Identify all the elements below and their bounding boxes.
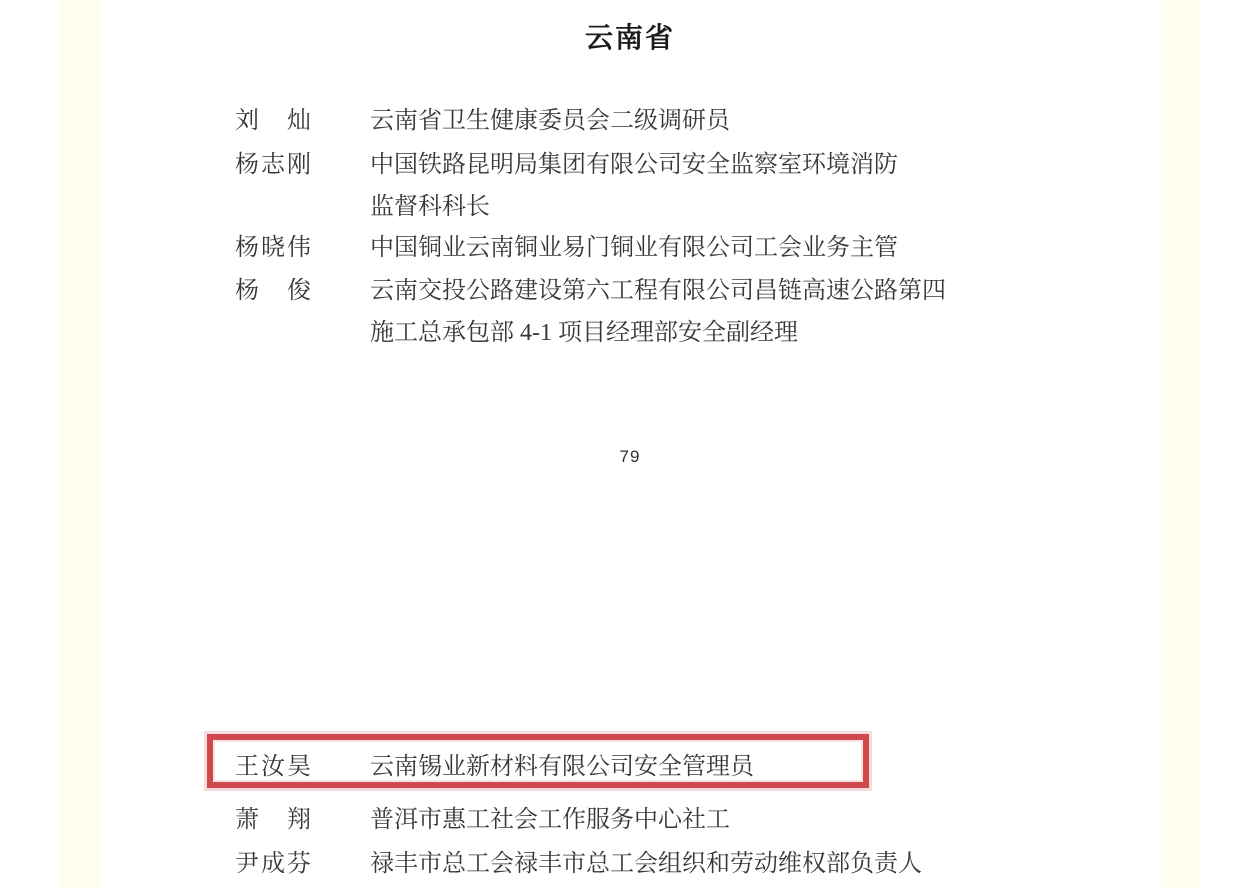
position-line: 中国铁路昆明局集团有限公司安全监察室环境消防 [370, 144, 955, 186]
position-line: 普洱市惠工社会工作服务中心社工 [370, 799, 955, 841]
province-title: 云南省 [100, 16, 1160, 56]
position-line: 施工总承包部 4-1 项目经理部安全副经理 [370, 312, 955, 354]
person-position: 云南交投公路建设第六工程有限公司昌链高速公路第四 施工总承包部 4-1 项目经理… [370, 270, 955, 354]
person-position: 禄丰市总工会禄丰市总工会组织和劳动维权部负责人 [370, 843, 955, 885]
person-position: 云南锡业新材料有限公司安全管理员 [370, 746, 955, 788]
person-position: 普洱市惠工社会工作服务中心社工 [370, 799, 955, 841]
position-line: 监督科科长 [370, 186, 955, 228]
page-number: 79 [100, 447, 1160, 467]
position-line: 禄丰市总工会禄丰市总工会组织和劳动维权部负责人 [370, 843, 955, 885]
person-name: 杨志刚 [235, 144, 370, 186]
person-name: 王汝昊 [235, 746, 370, 788]
roster-entry: 杨 俊 云南交投公路建设第六工程有限公司昌链高速公路第四 施工总承包部 4-1 … [235, 270, 955, 354]
roster-entry-highlighted: 王汝昊 云南锡业新材料有限公司安全管理员 [235, 746, 955, 788]
person-name: 杨晓伟 [235, 227, 370, 269]
position-line: 中国铜业云南铜业易门铜业有限公司工会业务主管 [370, 227, 955, 269]
roster-entry: 刘 灿 云南省卫生健康委员会二级调研员 [235, 100, 955, 142]
person-position: 中国铁路昆明局集团有限公司安全监察室环境消防 监督科科长 [370, 144, 955, 228]
person-name: 尹成芬 [235, 843, 370, 885]
document-viewer: 云南省 刘 灿 云南省卫生健康委员会二级调研员 杨志刚 中国铁路昆明局集团有限公… [0, 0, 1260, 888]
person-name: 萧 翔 [235, 799, 370, 841]
person-position: 云南省卫生健康委员会二级调研员 [370, 100, 955, 142]
roster-entry: 尹成芬 禄丰市总工会禄丰市总工会组织和劳动维权部负责人 [235, 843, 955, 885]
person-name: 刘 灿 [235, 100, 370, 142]
roster-entry: 杨志刚 中国铁路昆明局集团有限公司安全监察室环境消防 监督科科长 [235, 144, 955, 228]
position-line: 云南交投公路建设第六工程有限公司昌链高速公路第四 [370, 270, 955, 312]
person-name: 杨 俊 [235, 270, 370, 312]
person-position: 中国铜业云南铜业易门铜业有限公司工会业务主管 [370, 227, 955, 269]
roster-entry: 萧 翔 普洱市惠工社会工作服务中心社工 [235, 799, 955, 841]
position-line: 云南省卫生健康委员会二级调研员 [370, 100, 955, 142]
position-line: 云南锡业新材料有限公司安全管理员 [370, 746, 955, 788]
roster-entry: 杨晓伟 中国铜业云南铜业易门铜业有限公司工会业务主管 [235, 227, 955, 269]
